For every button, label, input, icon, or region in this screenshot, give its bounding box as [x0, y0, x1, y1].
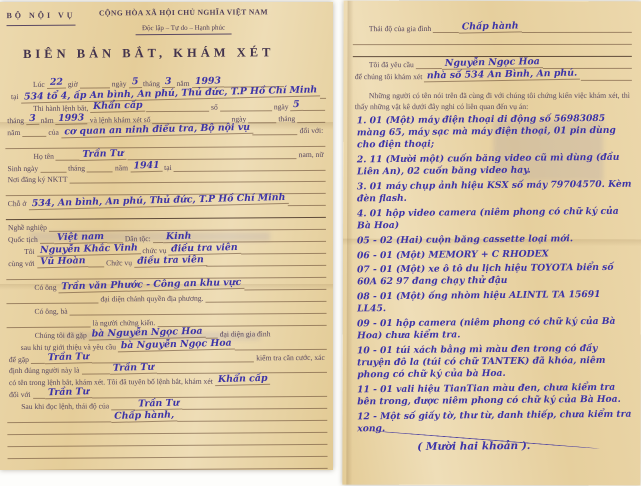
blank-line [146, 110, 209, 112]
handwritten-text: Trần Tư [80, 148, 127, 160]
printed-text: của [46, 127, 61, 136]
handwritten-text: 22 [47, 77, 66, 88]
handwritten-text: Trần Tư [45, 352, 92, 364]
form-line: TôiNguyễn Khắc Vinhchức vụđiều tra viên [6, 242, 326, 256]
blank-line [87, 170, 113, 172]
right-page-content: Thái độ của gia đìnhChấp hànhTôi đã yêu … [343, 1, 641, 485]
printed-text: Chúng tôi đã gặp [33, 330, 89, 339]
form-line [353, 33, 632, 45]
form-line: Nghề nghiệp [6, 218, 326, 232]
form-line [8, 457, 328, 470]
document-title: BIÊN BẢN BẮT, KHÁM XÉT [0, 45, 299, 62]
blank-line [22, 135, 46, 137]
seized-item: 09 - 01 hộp camera (niêm phong có chữ ký… [357, 316, 632, 343]
form-line: Chấp hành, [7, 409, 327, 423]
handwritten-text: Khẩn cấp [215, 374, 271, 386]
scanned-document: BỘ NỘI VỤ CỘNG HÒA XÃ HỘI CHỦ NGHĨA VIỆT… [0, 0, 641, 486]
form-line [5, 135, 325, 149]
printed-text: đối với [7, 390, 33, 399]
handwritten-text: Trần Tư [109, 363, 156, 375]
printed-text: sau khi tự giới thiệu và yêu cầu [19, 342, 118, 352]
printed-text: nam, nữ [297, 149, 326, 158]
printed-text: chức vụ [140, 246, 168, 255]
form-line [353, 45, 632, 57]
national-motto-line2: Độc lập – Tự do – Hạnh phúc [136, 23, 231, 36]
printed-text: tháng [5, 116, 26, 125]
handwritten-text: Vũ Hoàn [37, 256, 89, 268]
national-motto-line1: CỘNG HÒA XÃ HỘI CHỦ NGHĨA VIỆT NAM [93, 7, 273, 17]
seized-item: 4. 01 hộp video camera (niêm phong có ch… [357, 206, 632, 233]
handwritten-text: 1993 [56, 113, 88, 125]
form-line: Quốc tịchViệt namDân tộc:Kinh [6, 230, 326, 244]
printed-text: Quốc tịch [6, 235, 40, 244]
printed-text: tháng [141, 79, 162, 88]
printed-text: đại diện chánh quyền địa phương. [98, 294, 205, 304]
printed-text: để gặp [7, 354, 31, 363]
form-line: cùng vớiVũ HoànChức vụđiều tra viên [6, 254, 326, 268]
handwritten-text: Trần Tư [45, 387, 92, 399]
form-line: nămcủacơ quan an ninh điều tra, Bộ nội v… [5, 123, 325, 137]
handwritten-text: 5 [290, 100, 303, 111]
blank-line [8, 467, 328, 470]
seized-item: 11 - 01 vali hiệu TianTian màu đen, chưa… [357, 382, 632, 409]
blank-line [153, 241, 163, 243]
form-line: sau khi tự giới thiệu và yêu cầubà Nguyễ… [7, 338, 327, 352]
handwritten-text: bà Nguyễn Ngọc Hoa [118, 338, 235, 352]
form-line: Thái độ của gia đìnhChấp hành [353, 21, 632, 33]
printed-text: Nơi đăng ký NKTT [6, 175, 70, 184]
seized-items-list: 1. 01 (Một) máy điện thoại di động số 56… [353, 114, 632, 435]
form-line: Họ tênTrần Tưnam, nữ [5, 147, 325, 161]
printed-text: ngày [110, 79, 129, 88]
printed-text: Chỗ ở [6, 199, 29, 208]
seized-item: 06 - 01 (Một) MEMORY + C RHODEX [357, 247, 632, 262]
printed-text: năm [39, 116, 56, 125]
form-line: Sinh ngàythángnăm1941tại [5, 158, 325, 172]
blank-line [88, 265, 104, 267]
printed-text: Họ tên [31, 151, 56, 160]
printed-text: Tôi đã yêu cầu [367, 60, 416, 69]
printed-text: giờ [66, 80, 80, 89]
document-page-left: BỘ NỘI VỤ CỘNG HÒA XÃ HỘI CHỦ NGHĨA VIỆT… [0, 2, 333, 470]
printed-text: ngày [272, 102, 291, 111]
handwritten-text: điều tra viên [134, 255, 207, 268]
printed-text: Sinh ngày [5, 163, 40, 172]
blank-line [33, 397, 45, 399]
printed-text: tại [162, 162, 174, 171]
blank-line [522, 31, 632, 33]
handwritten-text: 3 [26, 114, 39, 125]
printed-text: Nghề nghiệp [6, 223, 49, 232]
blank-line [353, 43, 632, 45]
blank-line [297, 121, 325, 123]
seized-item: 1. 01 (Một) máy điện thoại di động số 56… [357, 113, 632, 152]
form-line [7, 421, 327, 435]
seized-item: 3. 01 máy chụp ảnh hiệu KSX số máy 79704… [357, 179, 632, 206]
printed-text: tháng [66, 163, 87, 172]
handwritten-text: Khẩn cấp [90, 100, 146, 112]
left-form-lines: Lúc22giờngày5tháng3năm1993tại534 tổ 4, ấ… [5, 75, 328, 470]
handwritten-text: Chấp hành, [111, 411, 177, 424]
printed-text: có tên trong lệnh bắt, khám xét. Tôi đã … [7, 377, 215, 387]
form-line: Có ôngTrần văn Phước - Công an khu vực [6, 278, 326, 292]
printed-text: năm [113, 163, 130, 172]
printed-text: định đúng người này là [7, 366, 82, 376]
printed-text: tháng [276, 114, 297, 123]
printed-text: tại [9, 92, 21, 101]
printed-text: năm [5, 128, 22, 137]
form-line: Nơi đăng ký NKTT [6, 170, 326, 184]
printed-text: là người chứng kiến. [91, 318, 158, 327]
seized-item: 05 - 02 (Hai) cuộn băng cassette loại mớ… [357, 233, 632, 248]
blank-line [253, 133, 298, 135]
blank-line [220, 109, 272, 111]
printed-text: Có ông, bà [32, 306, 69, 315]
seized-item: 07 - 01 (Một) xe ô tô du lịch hiệu TOYOT… [357, 262, 632, 289]
printed-text: Thái độ của gia đình [367, 24, 433, 33]
seized-item: 08 - 01 (Một) ống nhòm hiệu ALINTL TA 15… [357, 289, 632, 316]
left-page-content: BỘ NỘI VỤ CỘNG HÒA XÃ HỘI CHỦ NGHĨA VIỆT… [0, 2, 333, 470]
form-line [7, 433, 327, 447]
handwritten-text: Chấp hành [459, 21, 522, 33]
form-line: tháng3năm1993và lệnh khám xét sốngàythán… [5, 111, 325, 125]
printed-text: và lệnh khám xét số [88, 115, 153, 124]
printed-text: Tôi [22, 247, 37, 256]
national-header: CỘNG HÒA XÃ HỘI CHỦ NGHĨA VIỆT NAM Độc l… [93, 7, 273, 35]
printed-text: số [209, 102, 220, 111]
blank-line [433, 31, 459, 33]
form-line: để chúng tôi khám xétnhà số 534 An Bình,… [353, 69, 632, 81]
blank-line [303, 109, 325, 111]
form-line [7, 445, 327, 459]
seized-item: 10 - 01 túi xách bằng mì màu đen trong c… [357, 343, 632, 382]
form-line: Tôi đã yêu cầuNguyễn Ngọc Hoa [353, 57, 632, 69]
printed-text: cùng với [6, 259, 37, 268]
handwritten-text: 5 [128, 77, 141, 88]
blank-line [80, 86, 110, 88]
blank-line [82, 373, 110, 375]
printed-text: đối với: [298, 126, 326, 135]
printed-text: Có ông [32, 283, 58, 292]
printed-text: để chúng tôi khám xét [353, 72, 424, 81]
right-form-lines: Thái độ của gia đìnhChấp hànhTôi đã yêu … [353, 21, 632, 81]
handwritten-text: 1941 [130, 160, 162, 172]
right-body: Những người có tên nói trên đã cùng đi v… [353, 87, 632, 453]
form-line: Có ông, bà [6, 302, 326, 316]
document-page-right: Thái độ của gia đìnhChấp hànhTôi đã yêu … [342, 1, 641, 486]
blank-line [40, 170, 66, 172]
handwritten-text: nhà số 534 An Bình, An phú. [424, 68, 581, 82]
blank-line [288, 204, 326, 206]
blank-line [31, 361, 45, 363]
printed-text: Chức vụ [104, 258, 134, 267]
seized-item: 2. 11 (Mười một) cuốn băng video cũ mì d… [357, 152, 632, 179]
printed-text: Sau khi đọc lệnh, thái độ của [19, 402, 111, 412]
form-line: đại diện chánh quyền địa phương. [6, 290, 326, 304]
printed-text: Lúc [31, 80, 47, 89]
printed-text: kiểm tra căn cước, xác [254, 352, 327, 362]
blank-line [320, 97, 326, 99]
handwritten-text: Kinh [163, 232, 195, 244]
search-paragraph: Những người có tên nói trên đã cùng đi v… [355, 91, 630, 112]
form-line: để gặpTrần Tưkiểm tra căn cước, xác [7, 349, 327, 363]
blank-line [581, 79, 632, 81]
issuing-ministry: BỘ NỘI VỤ [6, 11, 75, 26]
printed-text: Thi hành lệnh bắt, [31, 103, 90, 112]
blank-line [416, 67, 442, 69]
handwritten-text: 3 [162, 77, 175, 88]
blank-line [56, 158, 80, 160]
